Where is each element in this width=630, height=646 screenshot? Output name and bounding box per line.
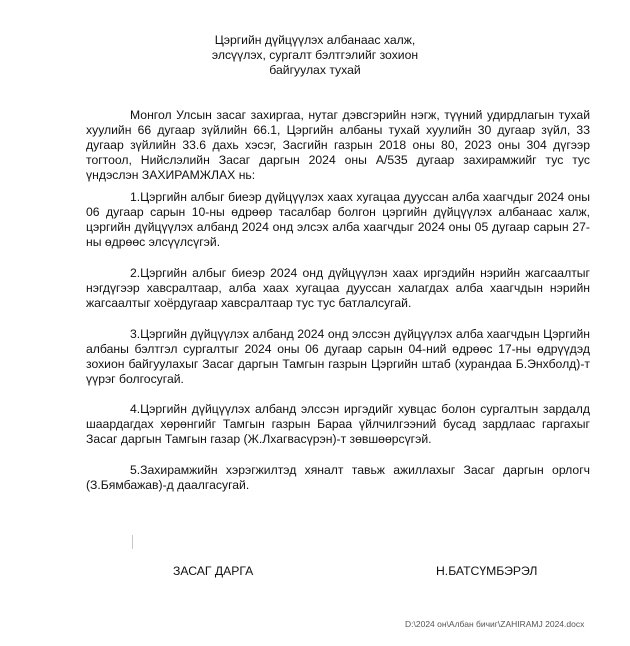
order-item-text: 4.Цэргийн дүйцүүлэх албанд элссэн иргэди…: [86, 402, 590, 447]
preamble-text: Монгол Улсын засаг захиргаа, нутаг дэвсг…: [86, 108, 590, 183]
order-item-1: 1.Цэргийн албыг биеэр дүйцүүлэх хаах хуг…: [86, 190, 590, 250]
document-title: Цэргийн дүйцүүлэх албанаас халж, элсүүлэ…: [0, 33, 630, 78]
title-line-1: Цэргийн дүйцүүлэх албанаас халж,: [0, 33, 630, 48]
order-item-text: 3.Цэргийн дүйцүүлэх албанд 2024 онд элсс…: [86, 327, 590, 387]
order-item-text: 1.Цэргийн албыг биеэр дүйцүүлэх хаах хуг…: [86, 190, 590, 250]
order-item-text: 5.Захирамжийн хэрэгжилтэд хяналт тавьж а…: [86, 463, 590, 493]
text-cursor: [132, 535, 133, 549]
order-item-text: 2.Цэргийн албыг биеэр 2024 онд дүйцүүлэн…: [86, 266, 590, 311]
preamble-paragraph: Монгол Улсын засаг захиргаа, нутаг дэвсг…: [86, 108, 590, 183]
order-item-4: 4.Цэргийн дүйцүүлэх албанд элссэн иргэди…: [86, 402, 590, 447]
order-item-3: 3.Цэргийн дүйцүүлэх албанд 2024 онд элсс…: [86, 327, 590, 387]
title-line-3: байгуулах тухай: [0, 63, 630, 78]
title-line-2: элсүүлэх, сургалт бэлтгэлийг зохион: [0, 48, 630, 63]
order-item-5: 5.Захирамжийн хэрэгжилтэд хяналт тавьж а…: [86, 463, 590, 493]
footer-file-path: D:\2024 он\Албан бичиг\ZAHIRAMJ 2024.doc…: [405, 619, 584, 629]
signature-position: ЗАСАГ ДАРГА: [173, 564, 253, 578]
order-item-2: 2.Цэргийн албыг биеэр 2024 онд дүйцүүлэн…: [86, 266, 590, 311]
signature-name: Н.БАТСҮМБЭРЭЛ: [436, 564, 537, 578]
